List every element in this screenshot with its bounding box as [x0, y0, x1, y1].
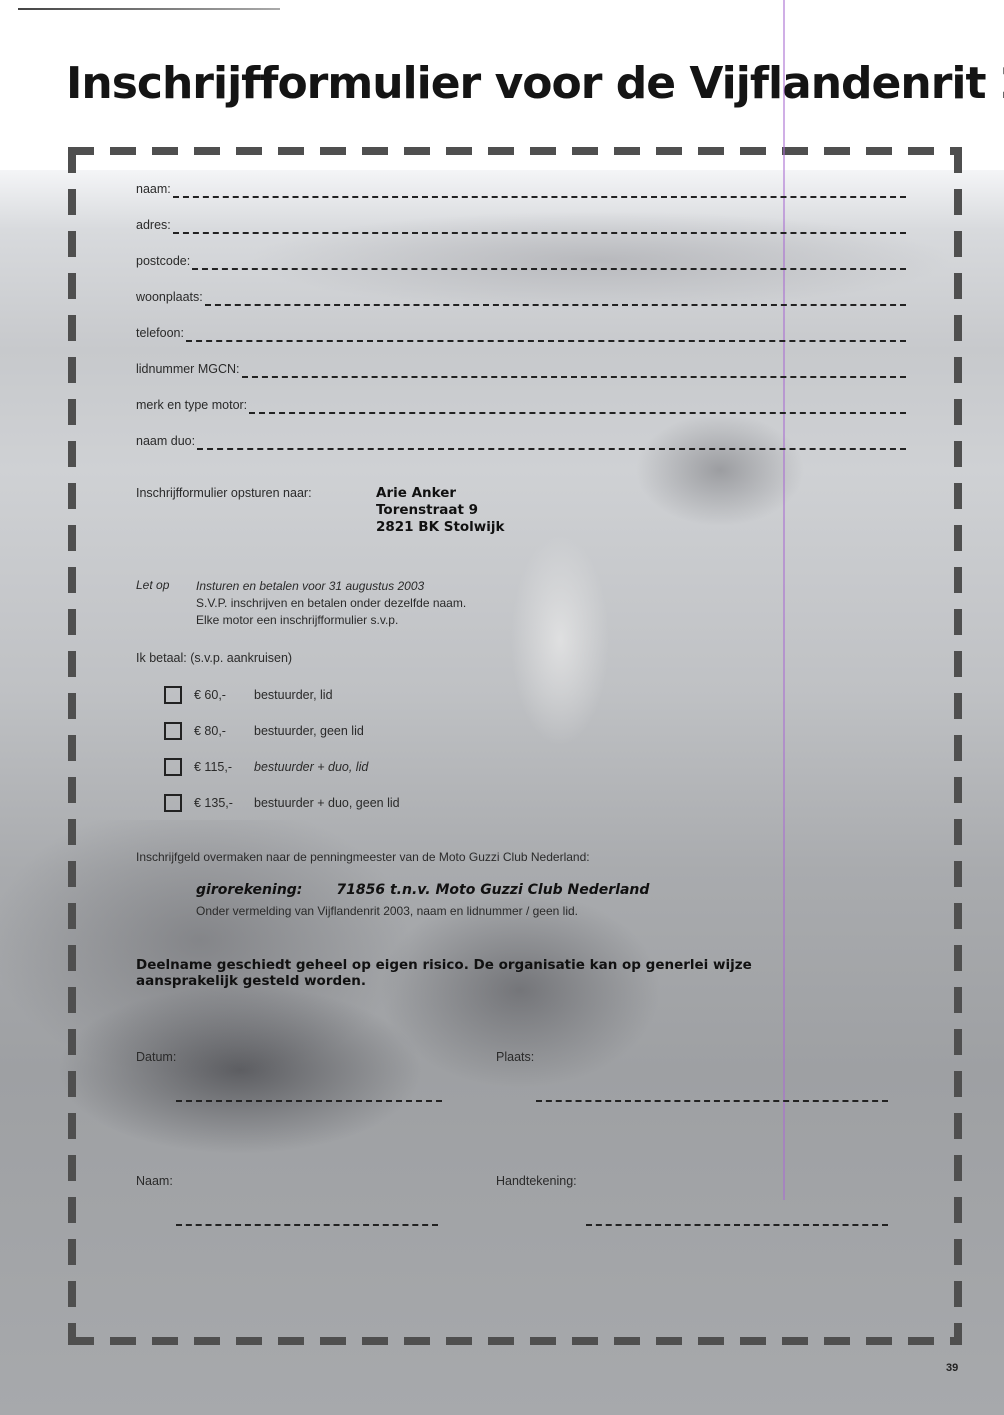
field-label: telefoon: [136, 326, 184, 344]
name-label: Naam: [136, 1174, 173, 1188]
page-number: 39 [946, 1362, 958, 1374]
cut-border-bottom [68, 1337, 958, 1345]
checkbox[interactable] [164, 722, 182, 740]
address-street: Torenstraat 9 [376, 502, 505, 519]
address-name: Arie Anker [376, 485, 505, 502]
field-naam-duo[interactable]: naam duo: [136, 430, 906, 452]
cut-border-left [68, 147, 76, 1345]
field-lidnummer[interactable]: lidnummer MGCN: [136, 358, 906, 380]
payment-option[interactable]: € 80,- bestuurder, geen lid [164, 720, 364, 742]
notice-line: Elke motor een inschrijfformulier s.v.p. [196, 612, 466, 629]
fill-in-line[interactable] [197, 448, 906, 450]
field-postcode[interactable]: postcode: [136, 250, 906, 272]
fill-in-line[interactable] [186, 340, 906, 342]
giro-note: Onder vermelding van Vijflandenrit 2003,… [196, 904, 578, 918]
place-line[interactable] [536, 1100, 888, 1102]
field-naam[interactable]: naam: [136, 178, 906, 200]
field-woonplaats[interactable]: woonplaats: [136, 286, 906, 308]
notice-line: Insturen en betalen voor 31 augustus 200… [196, 578, 466, 595]
send-to-address: Arie Anker Torenstraat 9 2821 BK Stolwij… [376, 485, 505, 536]
option-price: € 80,- [194, 724, 254, 738]
giro-value: 71856 t.n.v. Moto Guzzi Club Nederland [336, 882, 649, 898]
field-label: adres: [136, 218, 171, 236]
checkbox[interactable] [164, 686, 182, 704]
payment-option[interactable]: € 135,- bestuurder + duo, geen lid [164, 792, 400, 814]
send-to-label: Inschrijfformulier opsturen naar: [136, 486, 312, 500]
name-line[interactable] [176, 1224, 438, 1226]
fill-in-line[interactable] [242, 376, 907, 378]
checkbox[interactable] [164, 794, 182, 812]
date-label: Datum: [136, 1050, 176, 1064]
notice-text: Insturen en betalen voor 31 augustus 200… [196, 578, 466, 629]
option-price: € 60,- [194, 688, 254, 702]
cut-border-right [954, 147, 962, 1345]
notice-line: S.V.P. inschrijven en betalen onder deze… [196, 595, 466, 612]
field-label: naam duo: [136, 434, 195, 452]
fill-in-line[interactable] [192, 268, 906, 270]
fill-in-line[interactable] [173, 196, 906, 198]
date-line[interactable] [176, 1100, 442, 1102]
disclaimer: Deelname geschiedt geheel op eigen risic… [136, 957, 756, 989]
option-price: € 115,- [194, 760, 254, 774]
fill-in-line[interactable] [249, 412, 906, 414]
option-description: bestuurder, geen lid [254, 724, 364, 738]
option-price: € 135,- [194, 796, 254, 810]
signature-line[interactable] [586, 1224, 888, 1226]
giro-account: girorekening:71856 t.n.v. Moto Guzzi Clu… [196, 882, 649, 898]
payment-option[interactable]: € 60,- bestuurder, lid [164, 684, 333, 706]
option-description: bestuurder, lid [254, 688, 333, 702]
field-label: lidnummer MGCN: [136, 362, 240, 380]
option-description: bestuurder + duo, lid [254, 760, 368, 774]
field-label: merk en type motor: [136, 398, 247, 416]
field-label: postcode: [136, 254, 190, 272]
address-city: 2821 BK Stolwijk [376, 519, 505, 536]
cut-border-top [68, 147, 958, 155]
checkbox[interactable] [164, 758, 182, 776]
payment-option[interactable]: € 115,- bestuurder + duo, lid [164, 756, 368, 778]
field-adres[interactable]: adres: [136, 214, 906, 236]
payment-label: Ik betaal: (s.v.p. aankruisen) [136, 651, 292, 665]
page-title: Inschrijfformulier voor de Vijflandenrit… [66, 58, 1004, 109]
field-merk-type-motor[interactable]: merk en type motor: [136, 394, 906, 416]
giro-label: girorekening: [196, 882, 302, 898]
signature-label: Handtekening: [496, 1174, 577, 1188]
field-label: woonplaats: [136, 290, 203, 308]
notice-label: Let op [136, 578, 169, 592]
field-label: naam: [136, 182, 171, 200]
transfer-intro: Inschrijfgeld overmaken naar de penningm… [136, 850, 590, 864]
fill-in-line[interactable] [173, 232, 906, 234]
fill-in-line[interactable] [205, 304, 906, 306]
top-rule [18, 8, 280, 10]
field-telefoon[interactable]: telefoon: [136, 322, 906, 344]
option-description: bestuurder + duo, geen lid [254, 796, 400, 810]
place-label: Plaats: [496, 1050, 534, 1064]
